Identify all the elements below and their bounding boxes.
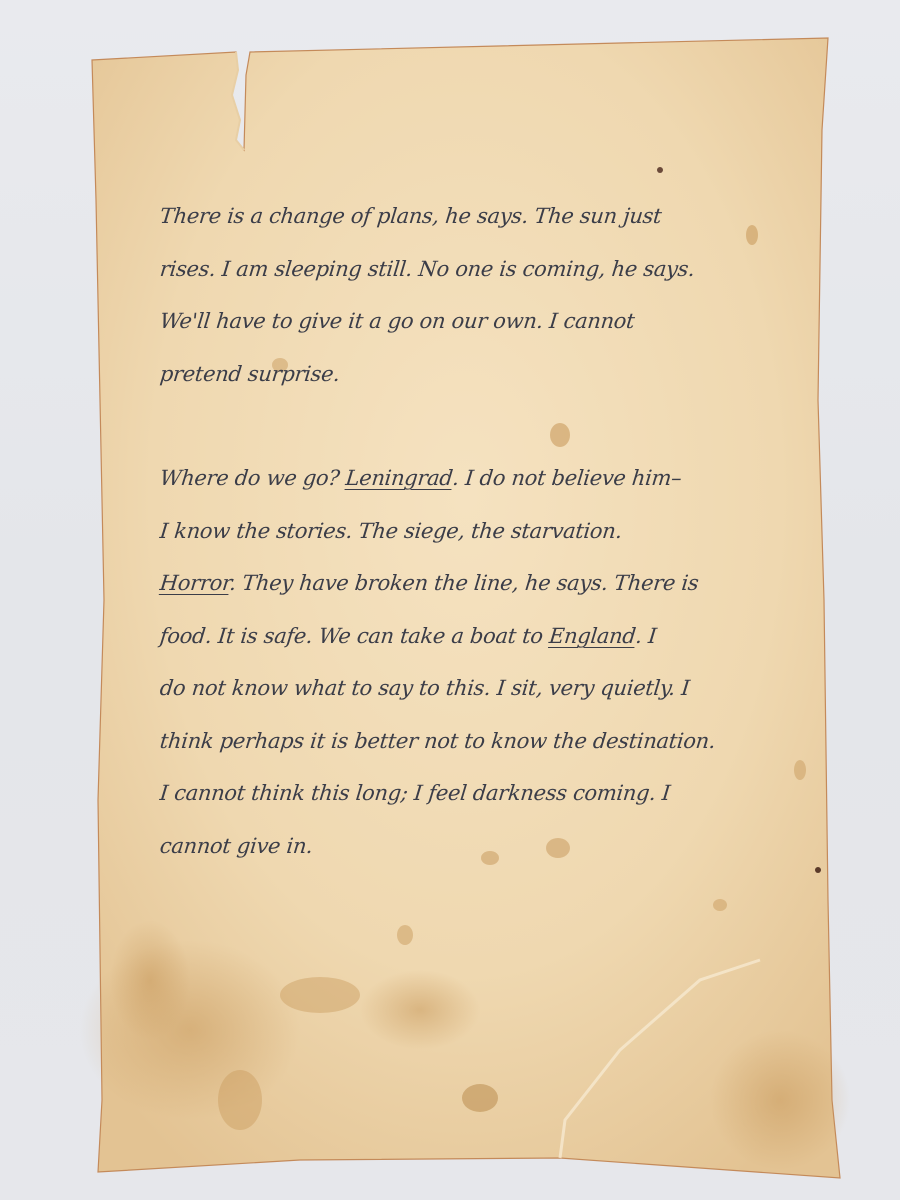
aged-paper-sheet: There is a change of plans, he says. The…: [0, 0, 900, 1200]
text-line: think perhaps it is better not to know t…: [157, 715, 783, 768]
text-line: pretend surprise.: [157, 348, 783, 401]
text-line: cannot give in.: [157, 820, 783, 873]
text-line: Horror. They have broken the line, he sa…: [157, 557, 783, 610]
text-line: rises. I am sleeping still. No one is co…: [157, 243, 783, 296]
handwritten-text: There is a change of plans, he says. The…: [160, 190, 780, 872]
text-line: There is a change of plans, he says. The…: [157, 190, 783, 243]
underlined-word: Horror: [159, 571, 231, 595]
paragraph-spacer: [160, 400, 780, 452]
underlined-word: Leningrad: [345, 466, 454, 490]
text-line: do not know what to say to this. I sit, …: [157, 662, 783, 715]
text-line: I cannot think this long; I feel darknes…: [157, 767, 783, 820]
underlined-word: England: [548, 624, 637, 648]
paragraph-1: There is a change of plans, he says. The…: [160, 190, 780, 400]
text-line: I know the stories. The siege, the starv…: [157, 505, 783, 558]
text-line: Where do we go? Leningrad. I do not beli…: [157, 452, 783, 505]
text-line: We'll have to give it a go on our own. I…: [157, 295, 783, 348]
paragraph-2: Where do we go? Leningrad. I do not beli…: [160, 452, 780, 872]
text-line: food. It is safe. We can take a boat to …: [157, 610, 783, 663]
